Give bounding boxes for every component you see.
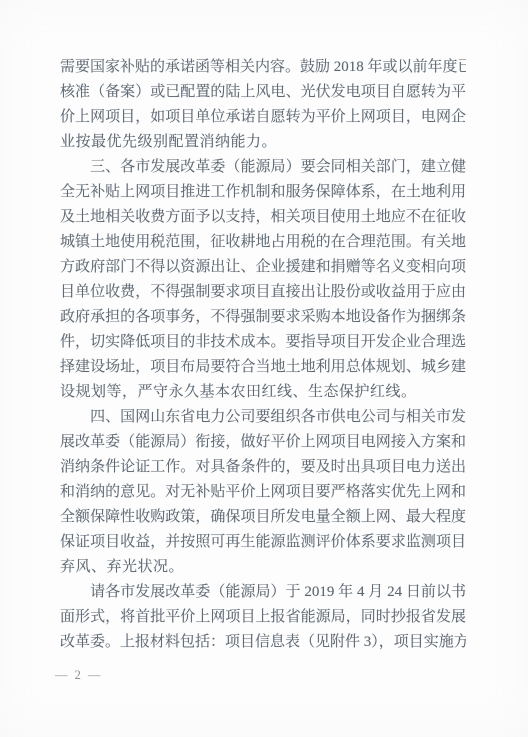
doc-line: 业按最优先级别配置消纳能力。 — [60, 130, 466, 155]
doc-line: 择建设场址，项目布局要符合当地土地利用总体规划、城乡建 — [60, 355, 466, 380]
para-section-4: 四、国网山东省电力公司要组织各市供电公司与相关市发展改革委（能源局）衔接，做好平… — [60, 405, 466, 580]
doc-line: 方政府部门不得以资源出让、企业援建和捐赠等名义变相向项 — [60, 255, 466, 280]
doc-line: 核准（备案）或已配置的陆上风电、光伏发电项目自愿转为平 — [60, 80, 466, 105]
doc-line: 政府承担的各项事务，不得强制要求采购本地设备作为捆绑条 — [60, 305, 466, 330]
doc-line: 展改革委（能源局）衔接，做好平价上网项目电网接入方案和 — [60, 430, 466, 455]
doc-line: 保证项目收益，并按照可再生能源监测评价体系要求监测项目 — [60, 530, 466, 555]
doc-line: 需要国家补贴的承诺函等相关内容。鼓励 2018 年或以前年度已 — [60, 55, 466, 80]
document-body: 需要国家补贴的承诺函等相关内容。鼓励 2018 年或以前年度已核准（备案）或已配… — [60, 55, 466, 655]
doc-line: 城镇土地使用税范围，征收耕地占用税的在合理范围。有关地 — [60, 230, 466, 255]
doc-line: 和消纳的意见。对无补贴平价上网项目要严格落实优先上网和 — [60, 480, 466, 505]
para-continuation: 需要国家补贴的承诺函等相关内容。鼓励 2018 年或以前年度已核准（备案）或已配… — [60, 55, 466, 155]
doc-line: 消纳条件论证工作。对具备条件的，要及时出具项目电力送出 — [60, 455, 466, 480]
para-section-3: 三、各市发展改革委（能源局）要会同相关部门，建立健全无补贴上网项目推进工作机制和… — [60, 155, 466, 405]
doc-line: 四、国网山东省电力公司要组织各市供电公司与相关市发 — [60, 405, 466, 430]
doc-line: 弃风、弃光状况。 — [60, 555, 466, 580]
doc-line: 三、各市发展改革委（能源局）要会同相关部门，建立健 — [60, 155, 466, 180]
doc-line: 面形式，将首批平价上网项目上报省能源局，同时抄报省发展 — [60, 605, 466, 630]
page-number: — 2 — — [55, 667, 103, 683]
scanned-document-page: 需要国家补贴的承诺函等相关内容。鼓励 2018 年或以前年度已核准（备案）或已配… — [0, 0, 528, 737]
para-reporting: 请各市发展改革委（能源局）于 2019 年 4 月 24 日前以书面形式，将首批… — [60, 580, 466, 655]
doc-line: 全额保障性收购政策，确保项目所发电量全额上网、最大程度 — [60, 505, 466, 530]
doc-line: 价上网项目，如项目单位承诺自愿转为平价上网项目，电网企 — [60, 105, 466, 130]
doc-line: 全无补贴上网项目推进工作机制和服务保障体系，在土地利用 — [60, 180, 466, 205]
doc-line: 改革委。上报材料包括：项目信息表（见附件 3），项目实施方 — [60, 630, 466, 655]
doc-line: 请各市发展改革委（能源局）于 2019 年 4 月 24 日前以书 — [60, 580, 466, 605]
doc-line: 件，切实降低项目的非技术成本。要指导项目开发企业合理选 — [60, 330, 466, 355]
doc-line: 目单位收费，不得强制要求项目直接出让股份或收益用于应由 — [60, 280, 466, 305]
doc-line: 设规划等，严守永久基本农田红线、生态保护红线。 — [60, 380, 466, 405]
doc-line: 及土地相关收费方面予以支持，相关项目使用土地应不在征收 — [60, 205, 466, 230]
